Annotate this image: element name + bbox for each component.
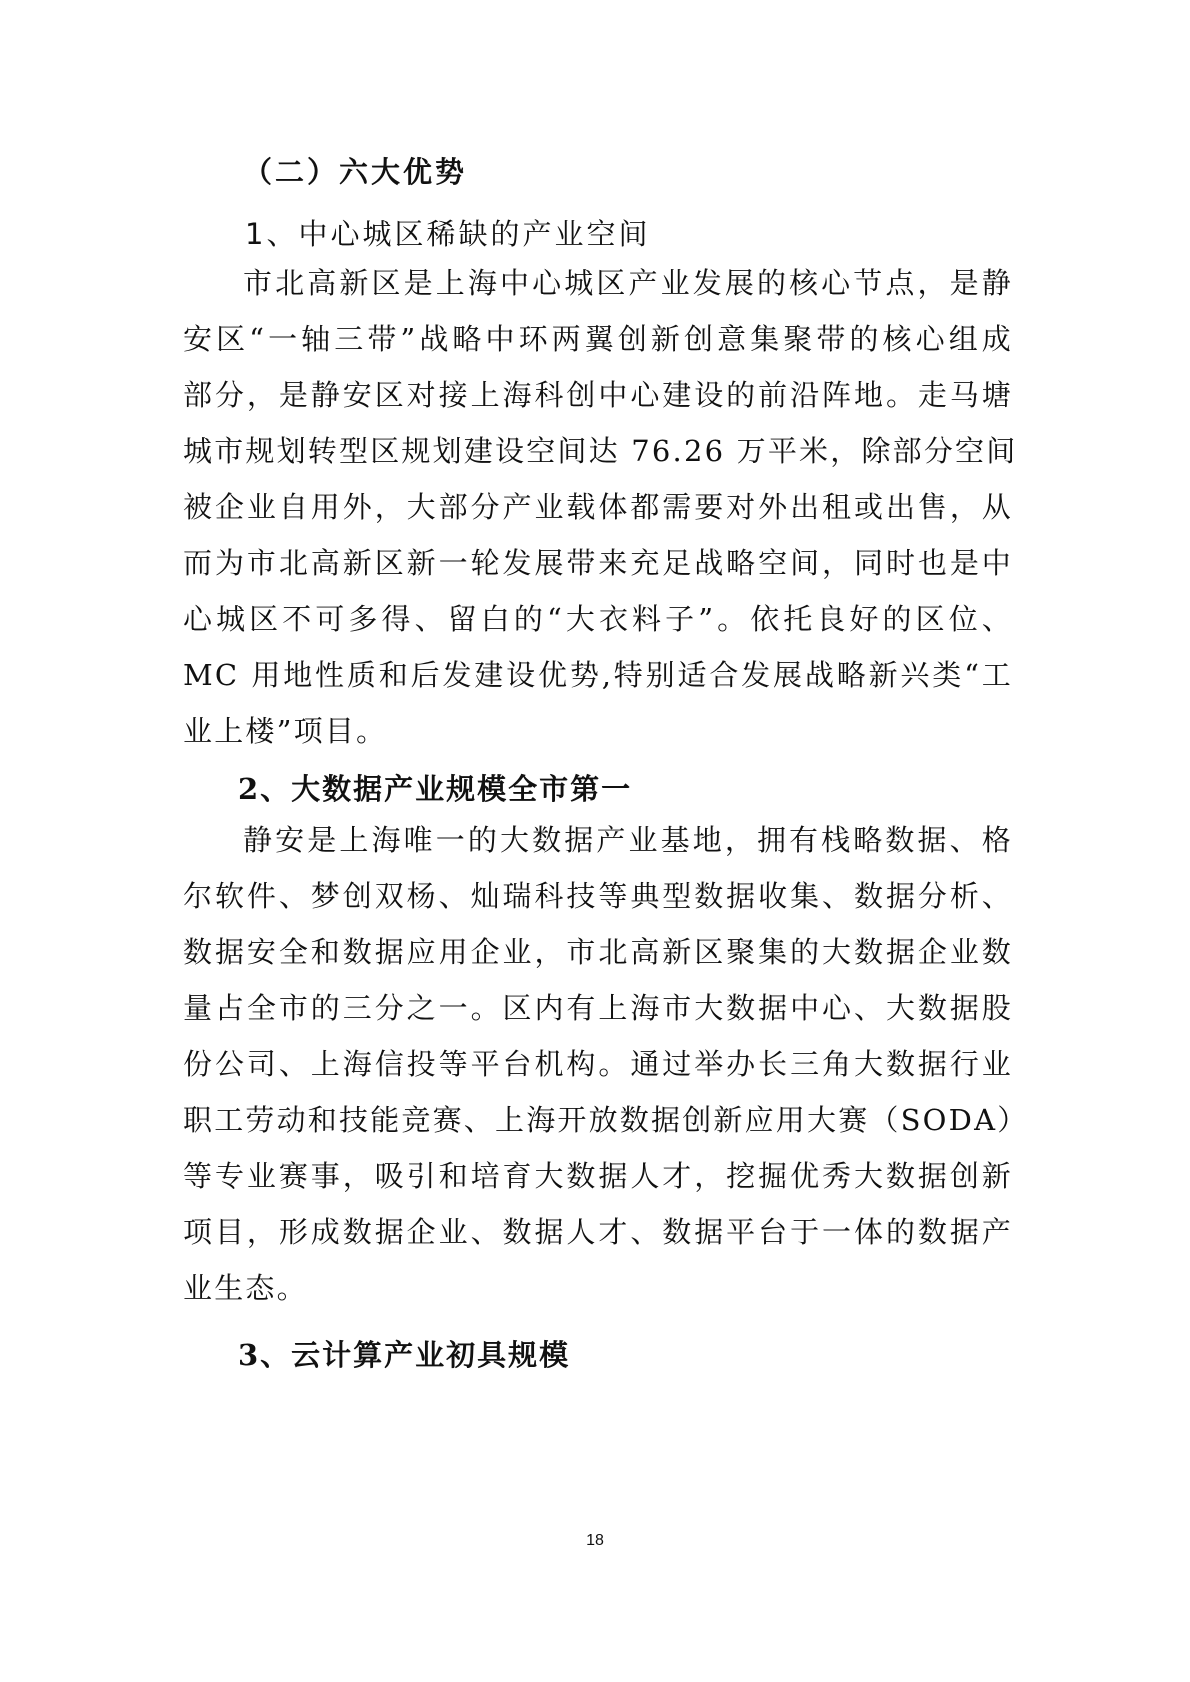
paragraph-line: 业上楼”项目。 [183,711,1013,751]
paragraph-line: 市北高新区是上海中心城区产业发展的核心节点，是静 [243,263,1013,303]
paragraph-line: 部分，是静安区对接上海科创中心建设的前沿阵地。走马塘 [183,375,1013,415]
subsection-heading-2: 2、大数据产业规模全市第一 [238,767,632,808]
document-page: （二）六大优势 1、中心城区稀缺的产业空间 市北高新区是上海中心城区产业发展的核… [0,0,1190,1682]
paragraph-line: 静安是上海唯一的大数据产业基地，拥有栈略数据、格 [243,820,1013,860]
paragraph-line: 被企业自用外，大部分产业载体都需要对外出租或出售，从 [183,487,1013,527]
paragraph-line: MC 用地性质和后发建设优势,特别适合发展战略新兴类“工 [183,655,1013,695]
paragraph-line: 量占全市的三分之一。区内有上海市大数据中心、大数据股 [183,988,1013,1028]
paragraph-line: 城市规划转型区规划建设空间达 76.26 万平米，除部分空间 [183,431,1013,471]
subsection-heading-1: 1、中心城区稀缺的产业空间 [245,212,650,253]
paragraph-line: 项目，形成数据企业、数据人才、数据平台于一体的数据产 [183,1212,1013,1252]
paragraph-line: 份公司、上海信投等平台机构。通过举办长三角大数据行业 [183,1044,1013,1084]
paragraph-line: 数据安全和数据应用企业，市北高新区聚集的大数据企业数 [183,932,1013,972]
paragraph-line: 职工劳动和技能竞赛、上海开放数据创新应用大赛（SODA） [183,1100,1013,1140]
paragraph-line: 等专业赛事，吸引和培育大数据人才，挖掘优秀大数据创新 [183,1156,1013,1196]
paragraph-line: 而为市北高新区新一轮发展带来充足战略空间，同时也是中 [183,543,1013,583]
page-number: 18 [0,1532,1190,1550]
subsection-heading-3: 3、云计算产业初具规模 [238,1333,570,1374]
paragraph-line: 业生态。 [183,1268,1013,1308]
paragraph-line: 心城区不可多得、留白的“大衣料子”。依托良好的区位、 [183,599,1013,639]
paragraph-line: 尔软件、梦创双杨、灿瑞科技等典型数据收集、数据分析、 [183,876,1013,916]
paragraph-line: 安区“一轴三带”战略中环两翼创新创意集聚带的核心组成 [183,319,1013,359]
section-heading: （二）六大优势 [243,150,467,191]
